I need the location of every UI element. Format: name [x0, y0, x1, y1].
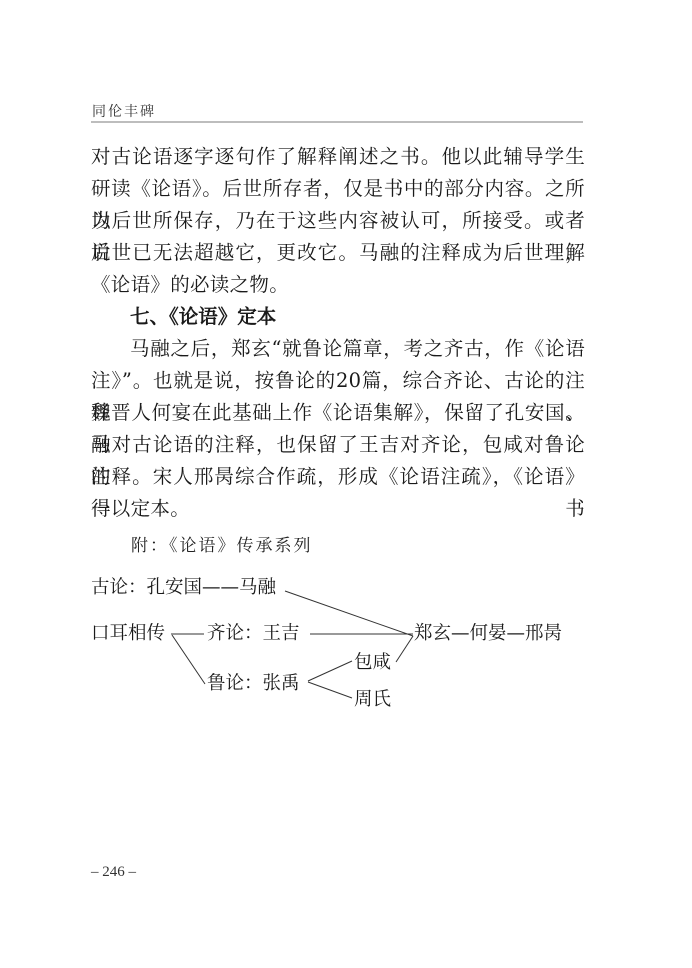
node-lulun-zhang-yu: 鲁论：张禹 — [207, 673, 300, 695]
diagram-connector-lines — [0, 0, 692, 968]
node-zhou-shi: 周氏 — [354, 689, 391, 711]
node-zheng-xuan-he-yan-xing-bing: 郑玄—何晏—邢昺 — [414, 623, 562, 645]
lineage-diagram: 古论：孔安国——马融 口耳相传 齐论：王吉 鲁论：张禹 包咸 周氏 郑玄—何晏—… — [0, 0, 692, 968]
node-bao-xian: 包咸 — [354, 652, 391, 674]
node-oral-transmission: 口耳相传 — [91, 623, 165, 645]
page-number: – 246 – — [91, 864, 136, 881]
node-qilun-wang-ji: 齐论：王吉 — [207, 623, 300, 645]
node-gulun-kong-anguo-ma-rong: 古论：孔安国——马融 — [91, 577, 276, 599]
